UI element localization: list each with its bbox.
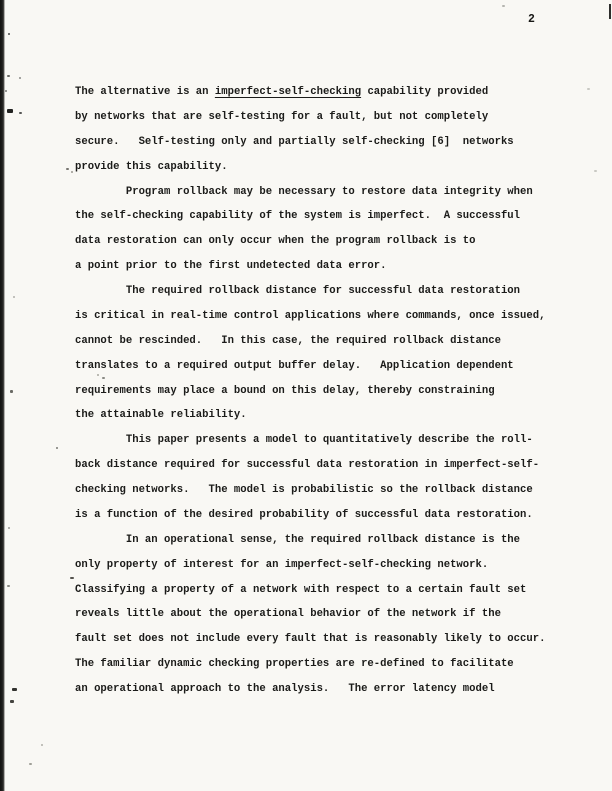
text-segment: This paper presents a model to quantitat… (75, 434, 533, 446)
scan-speck (56, 447, 58, 449)
text-line: the attainable reliability. (75, 403, 545, 428)
text-segment: only property of interest for an imperfe… (75, 559, 488, 571)
text-line: cannot be rescinded. In this case, the r… (75, 329, 545, 354)
text-line: back distance required for successful da… (75, 453, 545, 478)
text-segment: reveals little about the operational beh… (75, 608, 501, 620)
scan-speck (8, 527, 10, 529)
scan-speck (7, 109, 13, 113)
scan-speck (19, 112, 22, 114)
text-segment: checking networks. The model is probabil… (75, 484, 533, 496)
text-line: The familiar dynamic checking properties… (75, 652, 545, 677)
scan-speck (7, 585, 10, 587)
text-line: The required rollback distance for succe… (75, 279, 545, 304)
text-segment: capability provided (361, 86, 488, 98)
scan-speck (8, 33, 10, 35)
text-segment: Program rollback may be necessary to res… (75, 186, 533, 198)
scan-speck (502, 5, 505, 7)
scan-speck (587, 88, 590, 90)
text-line: The alternative is an imperfect-self-che… (75, 80, 545, 105)
text-segment: translates to a required output buffer d… (75, 360, 514, 372)
scan-speck (97, 374, 99, 376)
text-line: requirements may place a bound on this d… (75, 379, 545, 404)
scan-speck (10, 700, 14, 703)
scan-speck (70, 577, 74, 579)
text-segment: a point prior to the first undetected da… (75, 260, 387, 272)
text-segment: the self-checking capability of the syst… (75, 210, 520, 222)
text-line: is critical in real-time control applica… (75, 304, 545, 329)
underlined-text: imperfect-self-checking (215, 86, 361, 98)
text-segment: Classifying a property of a network with… (75, 584, 526, 596)
text-segment: The alternative is an (75, 86, 215, 98)
text-segment: In an operational sense, the required ro… (75, 534, 520, 546)
text-segment: secure. Self-testing only and partially … (75, 136, 514, 148)
text-segment: is a function of the desired probability… (75, 509, 533, 521)
scan-speck (71, 171, 73, 173)
text-line: a point prior to the first undetected da… (75, 254, 545, 279)
text-line: reveals little about the operational beh… (75, 602, 545, 627)
body-text: The alternative is an imperfect-self-che… (75, 80, 545, 702)
text-line: by networks that are self-testing for a … (75, 105, 545, 130)
scan-speck (29, 763, 32, 765)
text-line: Program rollback may be necessary to res… (75, 180, 545, 205)
text-segment: requirements may place a bound on this d… (75, 385, 495, 397)
scan-speck (5, 90, 7, 92)
text-line: In an operational sense, the required ro… (75, 528, 545, 553)
text-line: This paper presents a model to quantitat… (75, 428, 545, 453)
text-segment: provide this capability. (75, 161, 228, 173)
text-line: data restoration can only occur when the… (75, 229, 545, 254)
scan-edge-right-artifact (609, 4, 611, 19)
text-segment: The familiar dynamic checking properties… (75, 658, 514, 670)
scan-speck (13, 296, 15, 298)
page-number: 2 (528, 13, 535, 26)
text-line: translates to a required output buffer d… (75, 354, 545, 379)
text-line: fault set does not include every fault t… (75, 627, 545, 652)
text-segment: back distance required for successful da… (75, 459, 539, 471)
text-segment: cannot be rescinded. In this case, the r… (75, 335, 501, 347)
scan-speck (10, 390, 13, 393)
text-line: the self-checking capability of the syst… (75, 204, 545, 229)
scan-speck (102, 377, 105, 379)
text-line: is a function of the desired probability… (75, 503, 545, 528)
scan-speck (12, 688, 17, 691)
text-segment: by networks that are self-testing for a … (75, 111, 488, 123)
text-segment: The required rollback distance for succe… (75, 285, 520, 297)
text-segment: fault set does not include every fault t… (75, 633, 545, 645)
scan-speck (594, 170, 597, 172)
scan-speck (41, 744, 43, 746)
text-line: secure. Self-testing only and partially … (75, 130, 545, 155)
scan-speck (19, 77, 21, 79)
document-page: 2 The alternative is an imperfect-self-c… (0, 0, 612, 791)
text-line: checking networks. The model is probabil… (75, 478, 545, 503)
scan-edge-left (0, 0, 5, 791)
text-line: only property of interest for an imperfe… (75, 553, 545, 578)
scan-speck (66, 168, 69, 170)
text-line: an operational approach to the analysis.… (75, 677, 545, 702)
text-segment: the attainable reliability. (75, 409, 247, 421)
text-line: Classifying a property of a network with… (75, 578, 545, 603)
text-line: provide this capability. (75, 155, 545, 180)
text-segment: data restoration can only occur when the… (75, 235, 476, 247)
scan-speck (7, 75, 10, 77)
text-segment: an operational approach to the analysis.… (75, 683, 495, 695)
text-segment: is critical in real-time control applica… (75, 310, 545, 322)
